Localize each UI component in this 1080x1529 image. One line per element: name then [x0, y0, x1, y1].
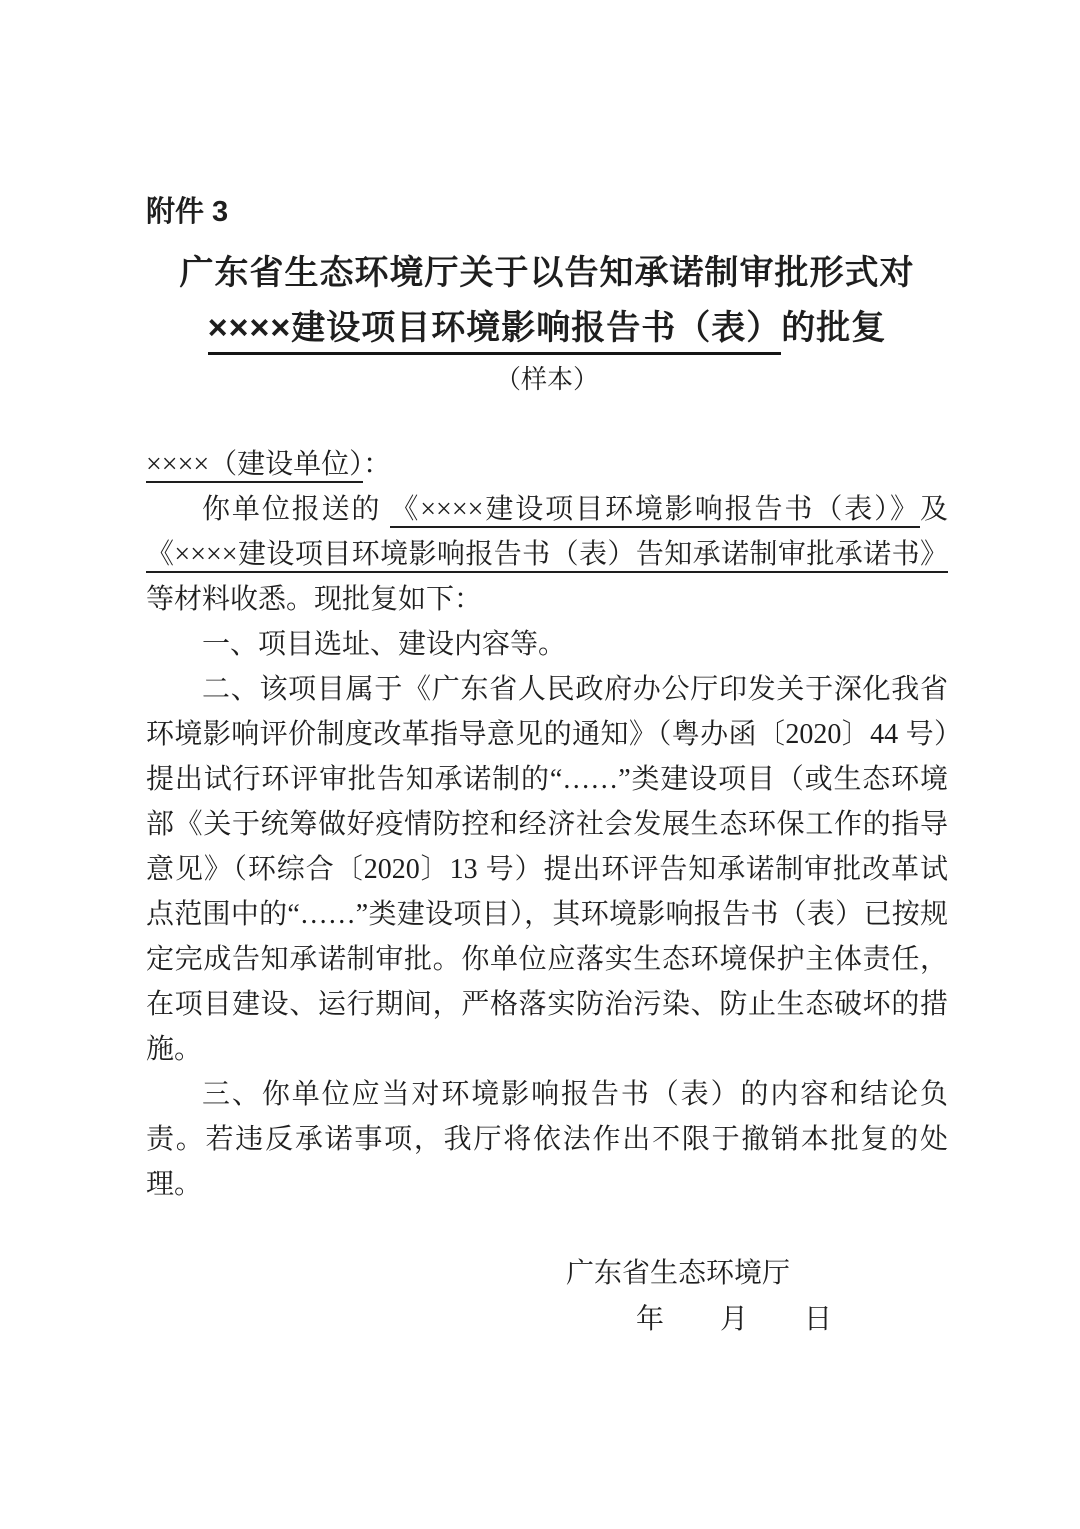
title-line-2-rest: 的批复 [781, 309, 886, 347]
subtitle-sample-label: （样本） [146, 360, 948, 400]
title-line-2-underlined: ××××建设项目环境影响报告书（表） [208, 309, 781, 355]
attachment-label: 附件 3 [146, 194, 948, 230]
plain-text: 三、你单位应当对环境影响报告书（表）的内容和结论负责。若违反承诺事项，我厅将依法… [146, 1079, 948, 1200]
body-paragraph: 三、你单位应当对环境影响报告书（表）的内容和结论负责。若违反承诺事项，我厅将依法… [146, 1072, 948, 1207]
plain-text: 一、项目选址、建设内容等。 [202, 629, 566, 660]
body-paragraph: 一、项目选址、建设内容等。 [146, 622, 948, 667]
document-page: 附件 3 广东省生态环境厅关于以告知承诺制审批形式对××××建设项目环境影响报告… [0, 0, 1080, 1529]
underlined-text: 《××××建设项目环境影响报告书（表）》 [390, 494, 920, 528]
body-paragraph: ××××（建设单位）： [146, 442, 948, 487]
signature-date-line: 年 月 日 [146, 1297, 948, 1343]
signature-agency: 广东省生态环境厅 [146, 1251, 948, 1297]
title-line-1: 广东省生态环境厅关于以告知承诺制审批形式对 [180, 254, 915, 292]
plain-text: ： [363, 449, 391, 480]
body-paragraph: 你单位报送的 《××××建设项目环境影响报告书（表）》及《××××建设项目环境影… [146, 487, 948, 622]
signature-block: 广东省生态环境厅 年 月 日 [146, 1251, 948, 1343]
plain-text: 等材料收悉。现批复如下： [146, 584, 482, 615]
plain-text: 你单位报送的 [202, 494, 390, 525]
body-paragraphs: ××××（建设单位）：你单位报送的 《××××建设项目环境影响报告书（表）》及《… [146, 442, 948, 1207]
underlined-text: 《××××建设项目环境影响报告书（表）告知承诺制审批承诺书》 [146, 539, 948, 573]
plain-text: 及 [920, 494, 948, 525]
page-title: 广东省生态环境厅关于以告知承诺制审批形式对××××建设项目环境影响报告书（表）的… [146, 246, 948, 356]
plain-text: 二、该项目属于《广东省人民政府办公厅印发关于深化我省环境影响评价制度改革指导意见… [146, 674, 948, 1065]
body-paragraph: 二、该项目属于《广东省人民政府办公厅印发关于深化我省环境影响评价制度改革指导意见… [146, 667, 948, 1072]
underlined-text: ××××（建设单位） [146, 449, 363, 483]
